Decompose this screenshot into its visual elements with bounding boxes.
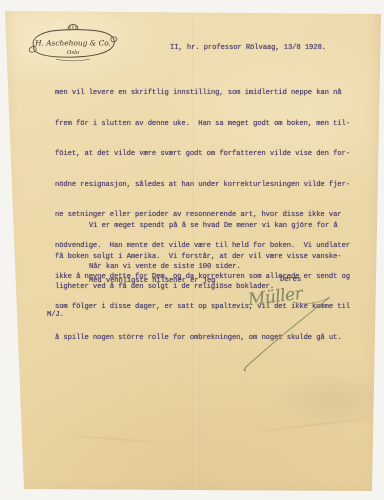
scan-background: H. Aschehoug & Co. Oslo II, hr. professo… <box>0 0 384 500</box>
body-line: föiet, at det vilde være svært godt om f… <box>55 147 350 162</box>
body-line: frem för i slutten av denne uke. Han sa … <box>55 117 350 132</box>
closing-valediction: Deres <box>280 276 301 284</box>
body-paragraph-4: Med vennligste hilsener er jeg <box>55 258 215 305</box>
letter-paper: H. Aschehoug & Co. Oslo II, hr. professo… <box>0 0 384 500</box>
signature-flourish <box>233 296 333 381</box>
letterhead-city: Oslo <box>67 50 80 56</box>
body-line: nödne resignasjon, således at han under … <box>55 178 350 193</box>
typist-initials: M/J. <box>47 311 64 319</box>
dateline: II, hr. professor Rölvaag, 13/8 1928. <box>170 44 326 52</box>
body-line: Vi er meget spendt på å se hvad De mener… <box>55 219 342 234</box>
body-line: men vil levere en skriftlig innstilling,… <box>55 86 350 101</box>
letterhead-publisher: H. Aschehoug & Co. <box>34 39 111 48</box>
body-line: Med vennligste hilsener er jeg <box>55 274 215 289</box>
letterhead-logo: H. Aschehoug & Co. Oslo <box>26 23 120 67</box>
